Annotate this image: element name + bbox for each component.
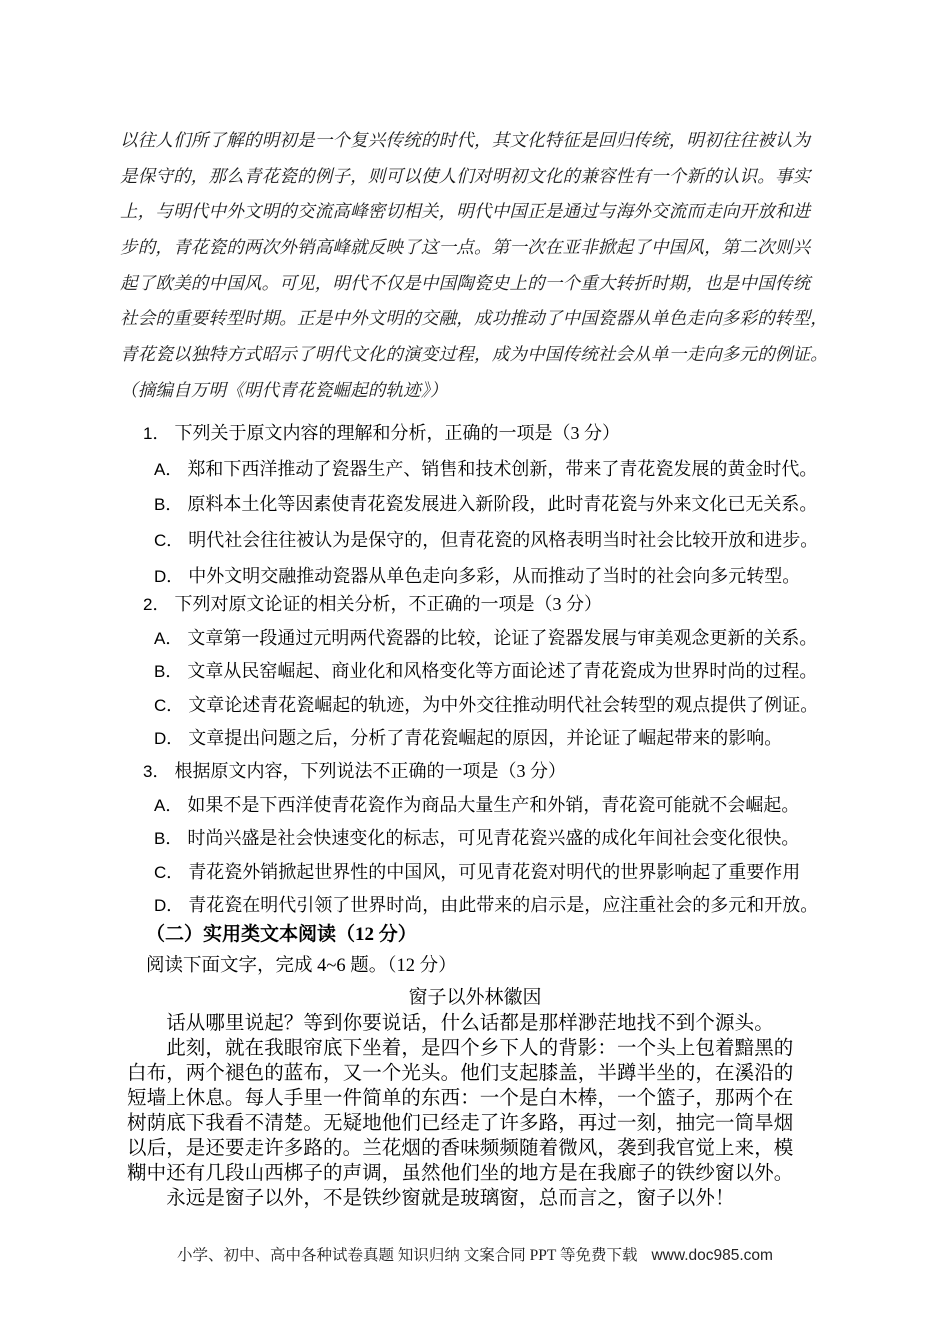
question-text: 下列关于原文内容的理解和分析，正确的一项是（3 分） [174, 423, 620, 443]
option-label: A． [154, 460, 182, 479]
question-option: A．如果不是下西洋使青花瓷作为商品大量生产和外销，青花瓷可能就不会崛起。 [143, 789, 863, 823]
option-text: 文章从民窑崛起、商业化和风格变化等方面论述了青花瓷成为世界时尚的过程。 [187, 661, 817, 681]
option-label: B． [154, 662, 182, 681]
question-option: B．文章从民窑崛起、商业化和风格变化等方面论述了青花瓷成为世界时尚的过程。 [143, 655, 863, 689]
question-1: 1．下列关于原文内容的理解和分析，正确的一项是（3 分）A．郑和下西洋推动了瓷器… [143, 416, 863, 594]
option-label: C． [154, 863, 183, 882]
question-option: C．明代社会往往被认为是保守的，但青花瓷的风格表明当时社会比较开放和进步。 [143, 523, 863, 559]
option-text: 原料本土化等因素使青花瓷发展进入新阶段，此时青花瓷与外来文化已无关系。 [187, 494, 817, 514]
passage2: 话从哪里说起？等到你要说话，什么话都是那样渺茫地找不到个源头。 此刻，就在我眼帘… [127, 1011, 827, 1211]
section2-heading: （二）实用类文本阅读（12 分） [146, 922, 846, 948]
option-label: B． [154, 829, 182, 848]
question-number: 1． [143, 424, 169, 443]
passage1-line: 上，与明代中外文明的交流高峰密切相关，明代中国正是通过与海外交流而走向开放和进 [120, 194, 820, 230]
passage2-line: 此刻，就在我眼帘底下坐着，是四个乡下人的背影：一个头上包着黯黑的 [127, 1036, 827, 1061]
passage1: 以往人们所了解的明初是一个复兴传统的时代，其文化特征是回归传统，明初往往被认为是… [120, 123, 820, 409]
option-text: 文章论述青花瓷崛起的轨迹，为中外交往推动明代社会转型的观点提供了例证。 [188, 695, 818, 715]
footer-url: www.doc985.com [651, 1247, 772, 1264]
passage1-line: 步的，青花瓷的两次外销高峰就反映了这一点。第一次在亚非掀起了中国风，第二次则兴 [120, 230, 820, 266]
question-number: 3． [143, 762, 169, 781]
question-option: D．青花瓷在明代引领了世界时尚，由此带来的启示是，应注重社会的多元和开放。 [143, 889, 863, 923]
option-label: D． [154, 896, 183, 915]
option-text: 明代社会往往被认为是保守的，但青花瓷的风格表明当时社会比较开放和进步。 [188, 530, 818, 550]
question-option: B．时尚兴盛是社会快速变化的标志，可见青花瓷兴盛的成化年间社会变化很快。 [143, 822, 863, 856]
passage2-line: 永远是窗子以外，不是铁纱窗就是玻璃窗，总而言之，窗子以外！ [127, 1186, 827, 1211]
exam-document-page: 以往人们所了解的明初是一个复兴传统的时代，其文化特征是回归传统，明初往往被认为是… [0, 0, 950, 1344]
option-text: 时尚兴盛是社会快速变化的标志，可见青花瓷兴盛的成化年间社会变化很快。 [187, 828, 799, 848]
question-option: A．郑和下西洋推动了瓷器生产、销售和技术创新，带来了青花瓷发展的黄金时代。 [143, 452, 863, 488]
question-text: 下列对原文论证的相关分析，不正确的一项是（3 分） [174, 594, 602, 614]
passage1-line: 青花瓷以独特方式昭示了明代文化的演变过程，成为中国传统社会从单一走向多元的例证。 [120, 337, 820, 373]
question-stem: 3．根据原文内容，下列说法不正确的一项是（3 分） [143, 755, 863, 789]
question-stem: 1．下列关于原文内容的理解和分析，正确的一项是（3 分） [143, 416, 863, 452]
passage1-line: 起了欧美的中国风。可见，明代不仅是中国陶瓷史上的一个重大转折时期，也是中国传统 [120, 266, 820, 302]
option-text: 青花瓷外销掀起世界性的中国风，可见青花瓷对明代的世界影响起了重要作用 [188, 862, 800, 882]
passage1-line: 以往人们所了解的明初是一个复兴传统的时代，其文化特征是回归传统，明初往往被认为 [120, 123, 820, 159]
passage1-line: 是保守的，那么青花瓷的例子，则可以使人们对明初文化的兼容性有一个新的认识。事实 [120, 159, 820, 195]
option-text: 文章第一段通过元明两代瓷器的比较，论证了瓷器发展与审美观念更新的关系。 [187, 628, 817, 648]
question-3: 3．根据原文内容，下列说法不正确的一项是（3 分）A．如果不是下西洋使青花瓷作为… [143, 755, 863, 923]
option-label: D． [154, 729, 183, 748]
option-label: C． [154, 696, 183, 715]
option-label: B． [154, 495, 182, 514]
passage2-line: 话从哪里说起？等到你要说话，什么话都是那样渺茫地找不到个源头。 [127, 1011, 827, 1036]
footer-text: 小学、初中、高中各种试卷真题 知识归纳 文案合同 PPT 等免费下载 [177, 1247, 637, 1264]
passage1-text: 以往人们所了解的明初是一个复兴传统的时代，其文化特征是回归传统，明初往往被认为是… [120, 123, 820, 373]
footer: 小学、初中、高中各种试卷真题 知识归纳 文案合同 PPT 等免费下载www.do… [0, 1247, 950, 1265]
passage1-attribution: （摘编自万明《明代青花瓷崛起的轨迹》） [120, 373, 820, 409]
option-text: 青花瓷在明代引领了世界时尚，由此带来的启示是，应注重社会的多元和开放。 [188, 895, 818, 915]
option-label: A． [154, 629, 182, 648]
option-text: 如果不是下西洋使青花瓷作为商品大量生产和外销，青花瓷可能就不会崛起。 [187, 795, 799, 815]
essay-title: 窗子以外林徽因 [127, 985, 823, 1011]
option-text: 文章提出问题之后，分析了青花瓷崛起的原因，并论证了崛起带来的影响。 [188, 728, 782, 748]
question-option: D．文章提出问题之后，分析了青花瓷崛起的原因，并论证了崛起带来的影响。 [143, 722, 863, 756]
question-option: A．文章第一段通过元明两代瓷器的比较，论证了瓷器发展与审美观念更新的关系。 [143, 622, 863, 656]
passage2-line: 短墙上休息。每人手里一件简单的东西：一个是白木棒，一个篮子，那两个在 [127, 1086, 827, 1111]
question-option: B．原料本土化等因素使青花瓷发展进入新阶段，此时青花瓷与外来文化已无关系。 [143, 487, 863, 523]
passage2-line: 树荫底下我看不清楚。无疑地他们已经走了许多路，再过一刻，抽完一筒旱烟 [127, 1111, 827, 1136]
passage2-line: 白布，两个褪色的蓝布，又一个光头。他们支起膝盖，半蹲半坐的，在溪沿的 [127, 1061, 827, 1086]
question-option: C．青花瓷外销掀起世界性的中国风，可见青花瓷对明代的世界影响起了重要作用 [143, 856, 863, 890]
passage2-line: 糊中还有几段山西梆子的声调，虽然他们坐的地方是在我廊子的铁纱窗以外。 [127, 1161, 827, 1186]
question-text: 根据原文内容，下列说法不正确的一项是（3 分） [174, 761, 566, 781]
option-label: A． [154, 796, 182, 815]
question-2: 2．下列对原文论证的相关分析，不正确的一项是（3 分）A．文章第一段通过元明两代… [143, 588, 863, 756]
question-stem: 2．下列对原文论证的相关分析，不正确的一项是（3 分） [143, 588, 863, 622]
option-label: C． [154, 531, 183, 550]
option-text: 郑和下西洋推动了瓷器生产、销售和技术创新，带来了青花瓷发展的黄金时代。 [187, 459, 817, 479]
question-number: 2． [143, 595, 169, 614]
option-label: D． [154, 567, 183, 586]
passage1-line: 社会的重要转型时期。正是中外文明的交融，成功推动了中国瓷器从单色走向多彩的转型， [120, 301, 820, 337]
option-text: 中外文明交融推动瓷器从单色走向多彩，从而推动了当时的社会向多元转型。 [188, 566, 800, 586]
passage2-line: 以后，是还要走许多路的。兰花烟的香味频频随着微风，袭到我官觉上来，模 [127, 1136, 827, 1161]
section2-instruction: 阅读下面文字，完成 4~6 题。（12 分） [146, 953, 846, 979]
question-option: C．文章论述青花瓷崛起的轨迹，为中外交往推动明代社会转型的观点提供了例证。 [143, 689, 863, 723]
